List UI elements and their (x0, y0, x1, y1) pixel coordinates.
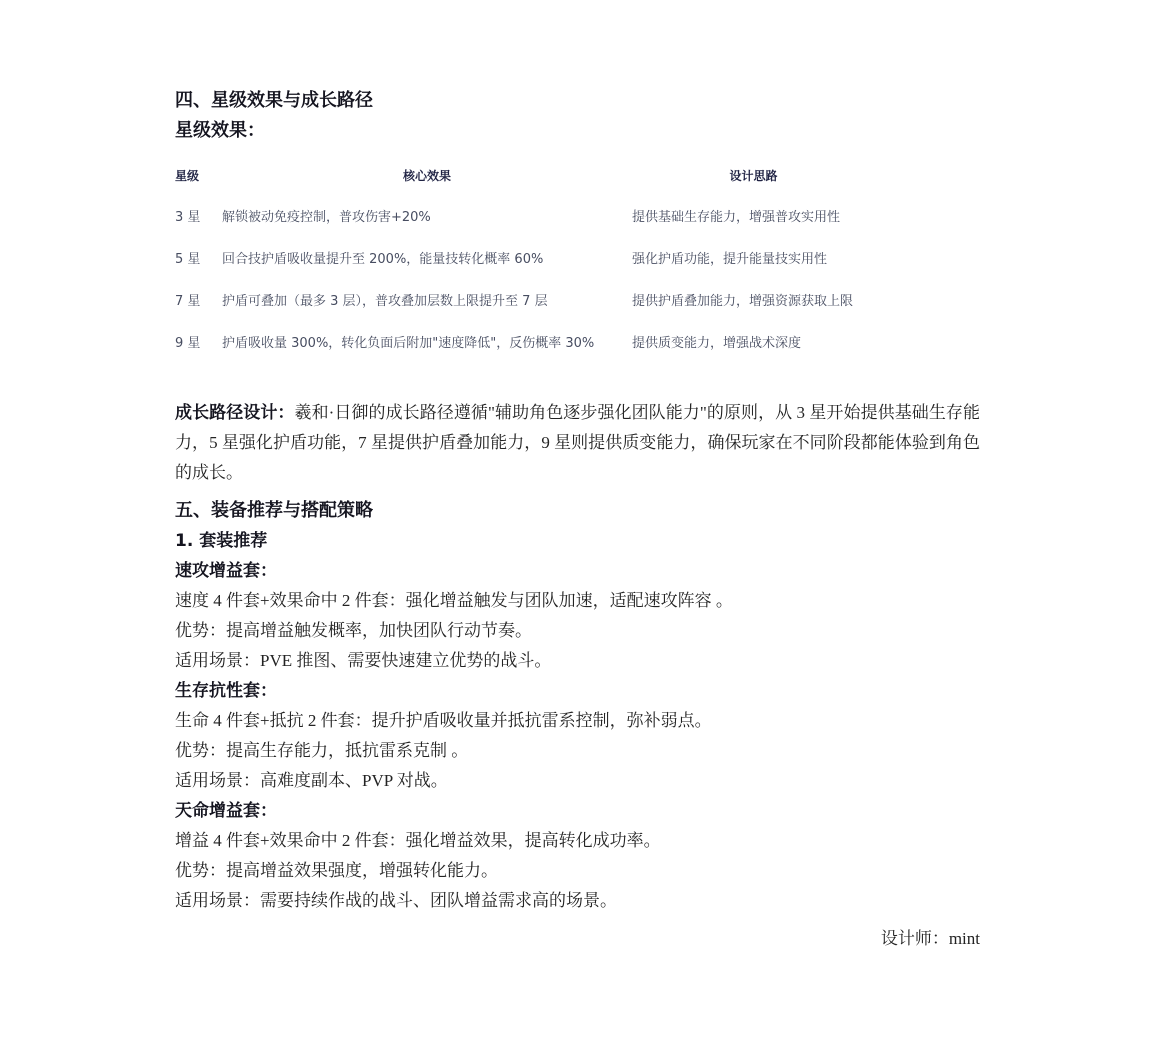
set-line: 优势：提高增益效果强度，增强转化能力。 (175, 856, 980, 886)
set-title: 速攻增益套： (175, 556, 980, 586)
set-line: 优势：提高生存能力，抵抗雷系克制 。 (175, 736, 980, 766)
set-title: 天命增益套： (175, 796, 980, 826)
table-row: 5 星 回合技护盾吸收量提升至 200%，能量技转化概率 60% 强化护盾功能，… (175, 252, 875, 268)
cell-star: 5 星 (175, 252, 222, 268)
cell-effect: 护盾吸收量 300%，转化负面后附加"速度降低"，反伤概率 30% (222, 336, 632, 352)
designer-credit: 设计师：mint (175, 924, 980, 954)
growth-path-text: 羲和·日御的成长路径遵循"辅助角色逐步强化团队能力"的原则，从 3 星开始提供基… (175, 403, 980, 482)
section4-subheading: 星级效果： (175, 116, 980, 146)
cell-design: 提供质变能力，增强战术深度 (632, 336, 875, 352)
growth-path-label: 成长路径设计： (175, 403, 295, 423)
cell-effect: 解锁被动免疫控制，普攻伤害+20% (222, 210, 632, 226)
set-block-destiny: 天命增益套： 增益 4 件套+效果命中 2 件套：强化增益效果，提高转化成功率。… (175, 796, 980, 916)
table-row: 9 星 护盾吸收量 300%，转化负面后附加"速度降低"，反伤概率 30% 提供… (175, 336, 875, 352)
header-cell-design: 设计思路 (632, 168, 875, 184)
set-block-speed: 速攻增益套： 速度 4 件套+效果命中 2 件套：强化增益触发与团队加速，适配速… (175, 556, 980, 676)
cell-star: 3 星 (175, 210, 222, 226)
header-cell-effect: 核心效果 (222, 168, 632, 184)
set-line: 增益 4 件套+效果命中 2 件套：强化增益效果，提高转化成功率。 (175, 826, 980, 856)
document-content: 四、星级效果与成长路径 星级效果： 星级 核心效果 设计思路 3 星 解锁被动免… (0, 0, 1152, 954)
document-page: 四、星级效果与成长路径 星级效果： 星级 核心效果 设计思路 3 星 解锁被动免… (0, 0, 1152, 1049)
table-row: 3 星 解锁被动免疫控制，普攻伤害+20% 提供基础生存能力，增强普攻实用性 (175, 210, 875, 226)
set-line: 适用场景：PVE 推图、需要快速建立优势的战斗。 (175, 646, 980, 676)
set-line: 优势：提高增益触发概率，加快团队行动节奏。 (175, 616, 980, 646)
cell-star: 9 星 (175, 336, 222, 352)
cell-design: 提供护盾叠加能力，增强资源获取上限 (632, 294, 875, 310)
cell-effect: 护盾可叠加（最多 3 层），普攻叠加层数上限提升至 7 层 (222, 294, 632, 310)
header-cell-star: 星级 (175, 168, 222, 184)
growth-path-paragraph: 成长路径设计：羲和·日御的成长路径遵循"辅助角色逐步强化团队能力"的原则，从 3… (175, 398, 980, 488)
cell-design: 强化护盾功能，提升能量技实用性 (632, 252, 875, 268)
set-line: 适用场景：需要持续作战的战斗、团队增益需求高的场景。 (175, 886, 980, 916)
set-line: 适用场景：高难度副本、PVP 对战。 (175, 766, 980, 796)
section5-heading: 五、装备推荐与搭配策略 (175, 496, 980, 526)
set-block-survival: 生存抗性套： 生命 4 件套+抵抗 2 件套：提升护盾吸收量并抵抗雷系控制，弥补… (175, 676, 980, 796)
table-row: 7 星 护盾可叠加（最多 3 层），普攻叠加层数上限提升至 7 层 提供护盾叠加… (175, 294, 875, 310)
cell-design: 提供基础生存能力，增强普攻实用性 (632, 210, 875, 226)
set-line: 速度 4 件套+效果命中 2 件套：强化增益触发与团队加速，适配速攻阵容 。 (175, 586, 980, 616)
section5-subheading: 1. 套装推荐 (175, 526, 980, 556)
section4-heading: 四、星级效果与成长路径 (175, 86, 980, 116)
set-title: 生存抗性套： (175, 676, 980, 706)
cell-effect: 回合技护盾吸收量提升至 200%，能量技转化概率 60% (222, 252, 632, 268)
cell-star: 7 星 (175, 294, 222, 310)
star-table-header-row: 星级 核心效果 设计思路 (175, 168, 875, 184)
star-level-table: 星级 核心效果 设计思路 3 星 解锁被动免疫控制，普攻伤害+20% 提供基础生… (175, 168, 875, 352)
set-line: 生命 4 件套+抵抗 2 件套：提升护盾吸收量并抵抗雷系控制，弥补弱点。 (175, 706, 980, 736)
